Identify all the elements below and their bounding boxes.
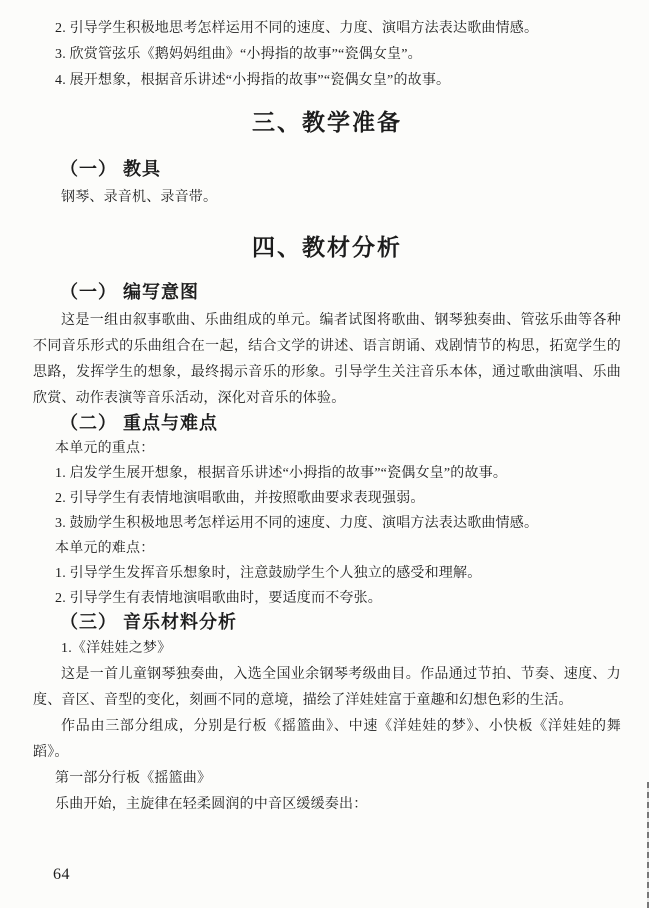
- chapter-heading-teaching-preparation: 三、教学准备: [33, 108, 621, 138]
- difficulty-item: 1. 引导学生发挥音乐想象时，注意鼓励学生个人独立的感受和理解。: [33, 561, 621, 586]
- subsection-heading-teaching-aids: （一） 教具: [60, 158, 621, 180]
- part1-text: 乐曲开始，主旋律在轻柔圆润的中音区缓缓奏出：: [33, 792, 621, 818]
- difficulty-item: 2. 引导学生有表情地演唱歌曲时，要适度而不夸张。: [33, 586, 621, 611]
- teaching-aids-text: 钢琴、录音机、录音带。: [33, 185, 621, 211]
- piece-structure-paragraph: 作品由三部分组成，分别是行板《摇篮曲》、中速《洋娃娃的梦》、小快板《洋娃娃的舞蹈…: [33, 714, 621, 766]
- focus-item: 2. 引导学生有表情地演唱歌曲，并按照歌曲要求表现强弱。: [33, 486, 621, 511]
- subsection-heading-music-material-analysis: （三） 音乐材料分析: [60, 611, 621, 633]
- part1-heading: 第一部分行板《摇篮曲》: [33, 766, 621, 792]
- focus-item: 1. 启发学生展开想象，根据音乐讲述“小拇指的故事”“瓷偶女皇”的故事。: [33, 461, 621, 486]
- page-number: 64: [53, 866, 70, 884]
- chapter-heading-material-analysis: 四、教材分析: [33, 233, 621, 263]
- list-item: 4. 展开想象，根据音乐讲述“小拇指的故事”“瓷偶女皇”的故事。: [33, 68, 621, 94]
- piece-description-paragraph: 这是一首儿童钢琴独奏曲，入选全国业余钢琴考级曲目。作品通过节拍、节奏、速度、力度…: [33, 662, 621, 714]
- key-points-block: 本单元的重点： 1. 启发学生展开想象，根据音乐讲述“小拇指的故事”“瓷偶女皇”…: [33, 436, 621, 611]
- piece-number-title: 1.《洋娃娃之梦》: [33, 636, 621, 662]
- subsection-heading-key-points: （二） 重点与难点: [60, 412, 621, 434]
- focus-item: 3. 鼓励学生积极地思考怎样运用不同的速度、力度、演唱方法表达歌曲情感。: [33, 511, 621, 536]
- subsection-heading-writing-intent: （一） 编写意图: [60, 281, 621, 303]
- scanned-book-page: 2. 引导学生积极地思考怎样运用不同的速度、力度、演唱方法表达歌曲情感。 3. …: [0, 0, 649, 908]
- difficulty-label: 本单元的难点：: [33, 536, 621, 561]
- list-item: 3. 欣赏管弦乐《鹅妈妈组曲》“小拇指的故事”“瓷偶女皇”。: [33, 42, 621, 68]
- intro-numbered-list: 2. 引导学生积极地思考怎样运用不同的速度、力度、演唱方法表达歌曲情感。 3. …: [33, 16, 621, 94]
- writing-intent-paragraph: 这是一组由叙事歌曲、乐曲组成的单元。编者试图将歌曲、钢琴独奏曲、管弦乐曲等各种不…: [33, 308, 621, 412]
- list-item: 2. 引导学生积极地思考怎样运用不同的速度、力度、演唱方法表达歌曲情感。: [33, 16, 621, 42]
- focus-label: 本单元的重点：: [33, 436, 621, 461]
